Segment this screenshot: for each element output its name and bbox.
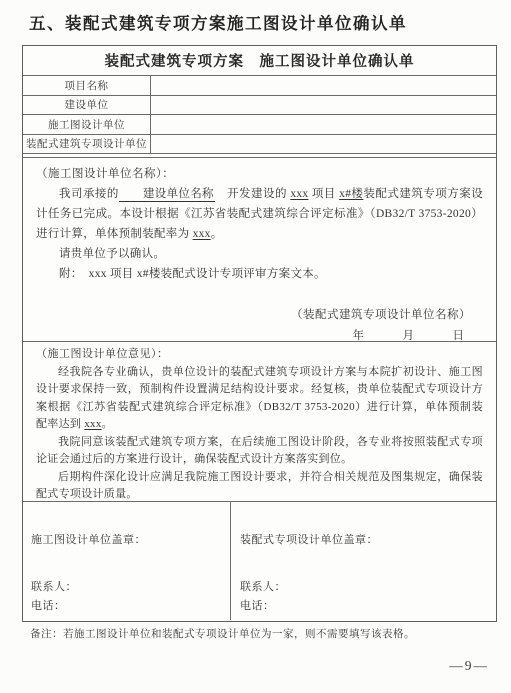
row-label-construction-unit: 建设单位 xyxy=(23,96,151,115)
attachment-text: xxx 项目 x#楼装配式设计专项评审方案文本。 xyxy=(77,268,326,280)
opinion-period: 。 xyxy=(102,418,113,430)
drawing-unit-stamp-cell: 施工图设计单位盖章： 联系人： 电话： xyxy=(23,502,231,620)
prefab-unit-phone-label: 电话： xyxy=(240,597,496,613)
document-title: 五、装配式建筑专项方案施工图设计单位确认单 xyxy=(29,10,407,34)
row-value-drawing-design-unit xyxy=(151,115,496,134)
statement-mid: 开发建设的 xyxy=(215,188,290,200)
footnote: 备注：若施工图设计单位和装配式专项设计单位为一家，则不需要填写该表格。 xyxy=(30,626,415,641)
table-row: 施工图设计单位 xyxy=(23,115,496,135)
rate-placeholder: xxx xyxy=(84,418,101,430)
row-value-project-name xyxy=(151,76,496,95)
row-label-project-name: 项目名称 xyxy=(23,76,151,95)
confirm-request-line: 请贵单位予以确认。 xyxy=(36,244,483,264)
prefab-unit-contact-label: 联系人： xyxy=(240,578,496,594)
stamp-section: 施工图设计单位盖章： 联系人： 电话： 装配式专项设计单位盖章： 联系人： 电话… xyxy=(23,502,496,620)
prefab-unit-stamp-cell: 装配式专项设计单位盖章： 联系人： 电话： xyxy=(231,502,496,620)
prefab-unit-stamp-label: 装配式专项设计单位盖章： xyxy=(240,531,496,547)
page-number: —9— xyxy=(449,658,489,674)
row-label-drawing-design-unit: 施工图设计单位 xyxy=(23,115,151,134)
statement-lead: 我司承接的 xyxy=(59,188,119,200)
statement-mid2: 项目 xyxy=(308,188,339,200)
table-row: 建设单位 xyxy=(23,96,496,116)
drawing-unit-contact-label: 联系人： xyxy=(31,578,230,594)
drawing-unit-stamp-label: 施工图设计单位盖章： xyxy=(31,531,230,547)
building-placeholder: x#楼 xyxy=(339,188,363,200)
drawing-unit-opinion-section: （施工图设计单位意见）： 经我院各专业确认，贵单位设计的装配式建筑专项设计方案与… xyxy=(23,342,496,502)
opinion-paragraph-1: 经我院各专业确认，贵单位设计的装配式建筑专项设计方案与本院扩初设计、施工图设计要… xyxy=(36,364,483,434)
statement-period: 。 xyxy=(211,228,223,240)
opinion-paragraph-3: 后期构件深化设计应满足我院施工图设计要求，并符合相关规范及图集规定，确保装配式专… xyxy=(36,469,483,504)
row-value-construction-unit xyxy=(151,96,496,115)
drawing-unit-phone-label: 电话： xyxy=(31,597,230,613)
row-label-prefab-design-unit: 装配式建筑专项设计单位 xyxy=(23,135,151,154)
table-row: 装配式建筑专项设计单位 xyxy=(23,135,496,155)
rate-placeholder: xxx xyxy=(193,228,211,240)
attachment-line: 附： xxx 项目 x#楼装配式设计专项评审方案文本。 xyxy=(36,264,483,284)
table-row: 项目名称 xyxy=(23,76,496,96)
row-value-prefab-design-unit xyxy=(151,135,496,154)
opinion-paragraph-2: 我院同意该装配式建筑专项方案，在后续施工图设计阶段，各专业将按照装配式专项论证会… xyxy=(36,434,483,469)
confirmation-form-table: 装配式建筑专项方案 施工图设计单位确认单 项目名称 建设单位 施工图设计单位 装… xyxy=(22,45,497,622)
attachment-label: 附： xyxy=(59,268,77,280)
designer-section-heading: （施工图设计单位名称）： xyxy=(36,164,483,184)
designer-statement-paragraph: 我司承接的建设单位名称 开发建设的 xxx 项目 x#楼装配式建筑专项方案设计任… xyxy=(36,184,483,244)
opinion-section-heading: （施工图设计单位意见）： xyxy=(36,346,483,364)
construction-unit-blank: 建设单位名称 xyxy=(119,187,215,202)
prefab-unit-signature-line: （装配式建筑专项设计单位名称） xyxy=(36,305,483,325)
designer-statement-section: （施工图设计单位名称）： 我司承接的建设单位名称 开发建设的 xxx 项目 x#… xyxy=(23,158,496,342)
form-header-title: 装配式建筑专项方案 施工图设计单位确认单 xyxy=(23,46,496,76)
scanned-document-page: 五、装配式建筑专项方案施工图设计单位确认单 装配式建筑专项方案 施工图设计单位确… xyxy=(0,0,511,693)
project-placeholder: xxx xyxy=(290,188,308,200)
